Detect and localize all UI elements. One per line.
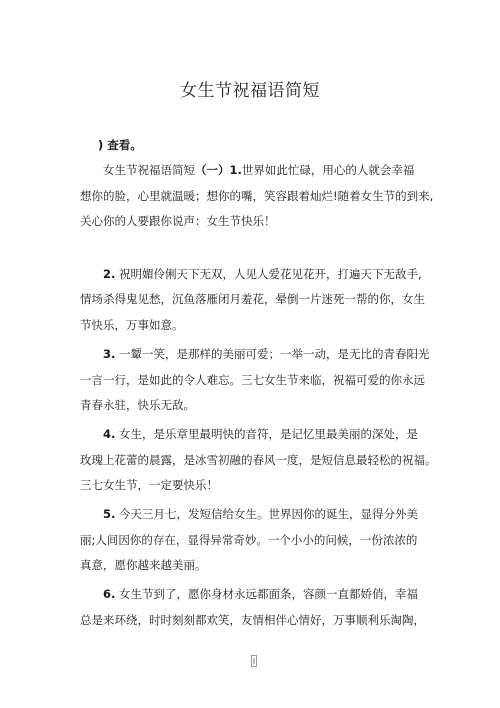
paragraph-4-text: 女生，是乐章里最明快的音符，是记忆里最美丽的深处，是 bbox=[119, 427, 418, 441]
paragraph-2-line-3: 节快乐，万事如意。 bbox=[80, 317, 184, 333]
paragraph-5-line-3: 真意，愿你越来越美丽。 bbox=[80, 557, 207, 573]
paragraph-3-text: 一颦一笑，是那样的美丽可爱；一举一动，是无比的青春阳光 bbox=[119, 347, 430, 361]
paragraph-1-line-3: 关心你的人要跟你说声：女生节快乐！ bbox=[80, 213, 276, 229]
paragraph-3-line-2: 一言一行，是如此的令人难忘。三七女生节来临，祝福可爱的你永远 bbox=[80, 372, 425, 388]
paragraph-4-number: 4. bbox=[103, 427, 115, 441]
paragraph-3-number: 3. bbox=[103, 347, 115, 361]
paragraph-6-line-2: 总是来环绕，时时刻刻都欢笑，友情相伴心情好，万事顺利乐淘陶， bbox=[80, 612, 425, 628]
paragraph-5-number: 5. bbox=[103, 507, 115, 521]
paragraph-5-text: 今天三月七，发短信给女生。世界因你的诞生，显得分外美 bbox=[119, 507, 418, 521]
paragraph-6-line-1: 6. 女生节到了，愿你身材永远都面条，容颜一直都娇俏，幸福 bbox=[103, 586, 418, 602]
paragraph-1-number: 1. bbox=[230, 163, 242, 177]
page-number-icon bbox=[251, 655, 257, 667]
paragraph-3-line-1: 3. 一颦一笑，是那样的美丽可爱；一举一动，是无比的青春阳光 bbox=[103, 346, 430, 362]
paragraph-6-number: 6. bbox=[103, 587, 115, 601]
document-title: 女生节祝福语简短 bbox=[0, 76, 500, 101]
paragraph-3-line-3: 青春永驻，快乐无敌。 bbox=[80, 397, 195, 413]
paragraph-5-line-1: 5. 今天三月七，发短信给女生。世界因你的诞生，显得分外美 bbox=[103, 506, 418, 522]
paragraph-1-line-2: 想你的脸，心里就温暖；想你的嘴，笑容跟着灿烂!随着女生节的到来, bbox=[80, 188, 433, 204]
paragraph-1-prefix: 女生节祝福语简短 bbox=[103, 163, 195, 177]
paragraph-2-number: 2. bbox=[103, 267, 115, 281]
paragraph-2-line-1: 2. 祝明媚伶俐天下无双，人见人爱花见花开，打遍天下无敌手, bbox=[103, 266, 422, 282]
intro-text: ) 查看。 bbox=[98, 137, 142, 153]
paragraph-1-line-1: 女生节祝福语简短（一）1.世界如此忙碌，用心的人就会幸福 bbox=[103, 162, 414, 178]
paragraph-5-line-2: 丽;人间因你的存在，显得异常奇妙。一个小小的问候，一份浓浓的 bbox=[80, 532, 417, 548]
paragraph-2-line-2: 情场杀得鬼见愁，沉鱼落雁闭月羞花，晕倒一片迷死一帮的你，女生 bbox=[80, 291, 425, 307]
document-page: 女生节祝福语简短 ) 查看。 女生节祝福语简短（一）1.世界如此忙碌，用心的人就… bbox=[0, 0, 500, 708]
paragraph-4-line-2: 玫瑰上花蕾的晨露，是冰雪初融的春风一度，是短信息最轻松的祝福。 bbox=[80, 452, 437, 468]
paragraph-2-text: 祝明媚伶俐天下无双，人见人爱花见花开，打遍天下无敌手, bbox=[119, 267, 422, 281]
paragraph-4-line-3: 三七女生节，一定要快乐！ bbox=[80, 477, 218, 493]
paragraph-4-line-1: 4. 女生，是乐章里最明快的音符，是记忆里最美丽的深处，是 bbox=[103, 426, 418, 442]
paragraph-1-paren: （一） bbox=[195, 163, 230, 177]
paragraph-1-rest: 世界如此忙碌，用心的人就会幸福 bbox=[242, 163, 415, 177]
paragraph-6-text: 女生节到了，愿你身材永远都面条，容颜一直都娇俏，幸福 bbox=[119, 587, 418, 601]
